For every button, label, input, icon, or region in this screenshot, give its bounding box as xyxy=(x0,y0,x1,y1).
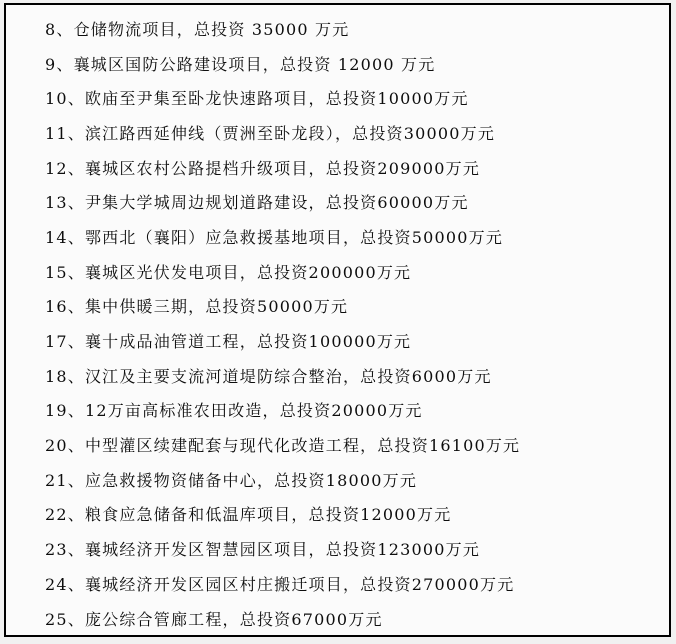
list-item: 24、襄城经济开发区园区村庄搬迁项目，总投资270000万元 xyxy=(45,566,659,601)
list-item: 14、鄂西北（襄阳）应急救援基地项目，总投资50000万元 xyxy=(45,219,659,254)
list-item: 23、襄城经济开发区智慧园区项目，总投资123000万元 xyxy=(45,531,659,566)
list-item: 21、应急救援物资储备中心，总投资18000万元 xyxy=(45,462,659,497)
list-item: 16、集中供暖三期，总投资50000万元 xyxy=(45,289,659,324)
document-page: 8、仓储物流项目，总投资 35000 万元 9、襄城区国防公路建设项目，总投资 … xyxy=(4,3,671,637)
list-item: 22、粮食应急储备和低温库项目，总投资12000万元 xyxy=(45,497,659,532)
list-item: 20、中型灌区续建配套与现代化改造工程，总投资16100万元 xyxy=(45,427,659,462)
list-item: 11、滨江路西延伸线（贾洲至卧龙段），总投资30000万元 xyxy=(45,115,659,150)
list-item: 13、尹集大学城周边规划道路建设，总投资60000万元 xyxy=(45,184,659,219)
list-item: 17、襄十成品油管道工程，总投资100000万元 xyxy=(45,323,659,358)
list-item: 19、12万亩高标准农田改造，总投资20000万元 xyxy=(45,393,659,428)
list-item: 25、庞公综合管廊工程，总投资67000万元 xyxy=(45,601,659,636)
list-item: 10、欧庙至尹集至卧龙快速路项目，总投资10000万元 xyxy=(45,80,659,115)
list-item: 15、襄城区光伏发电项目，总投资200000万元 xyxy=(45,254,659,289)
list-item: 9、襄城区国防公路建设项目，总投资 12000 万元 xyxy=(45,46,659,81)
list-item: 12、襄城区农村公路提档升级项目，总投资209000万元 xyxy=(45,150,659,185)
list-item: 8、仓储物流项目，总投资 35000 万元 xyxy=(45,11,659,46)
list-item: 18、汉江及主要支流河道堤防综合整治，总投资6000万元 xyxy=(45,358,659,393)
